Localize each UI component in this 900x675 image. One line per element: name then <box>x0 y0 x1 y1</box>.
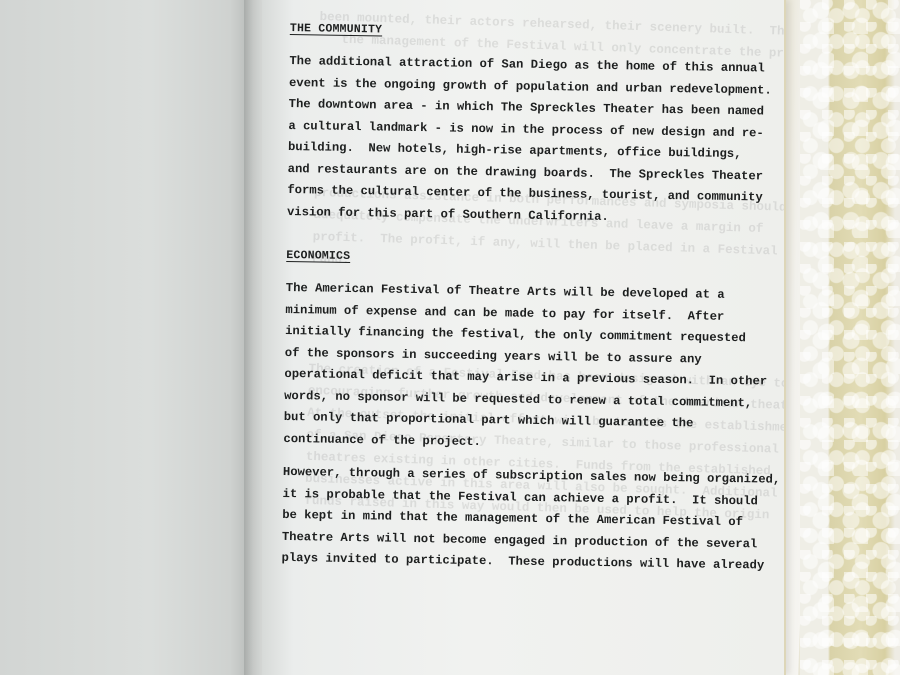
paragraph: However, through a series of subscriptio… <box>281 462 763 577</box>
marbled-cover <box>800 0 900 675</box>
section-the-community: THE COMMUNITY The additional attraction … <box>287 22 770 231</box>
right-page: been mounted, their actors rehearsed, th… <box>262 0 786 675</box>
paragraph: The American Festival of Theatre Arts wi… <box>283 278 766 458</box>
paragraph: The additional attraction of San Diego a… <box>287 51 770 231</box>
left-facing-page: after the California. a theatre festival… <box>0 0 250 675</box>
section-economics: ECONOMICS The American Festival of Theat… <box>281 249 766 577</box>
page-content: THE COMMUNITY The additional attraction … <box>281 22 770 577</box>
